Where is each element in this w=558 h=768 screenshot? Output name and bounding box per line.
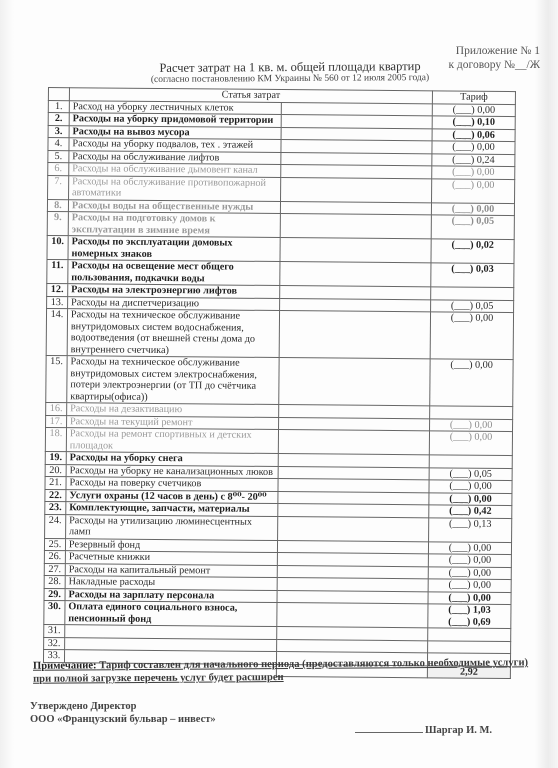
tariff-value-secondary: (___) 0,69	[431, 616, 507, 628]
row-cost-item: Расходы на обслуживание лифтов	[69, 150, 282, 164]
row-tariff: (___) 0,42	[429, 505, 512, 518]
row-tariff: (___) 0,00	[430, 359, 513, 407]
row-number: 22.	[45, 489, 66, 502]
note-label: Примечание:	[33, 660, 97, 671]
row-number: 16.	[46, 402, 67, 415]
tariff-value: (___) 0,00	[435, 203, 511, 215]
tariff-value: (___) 0,00	[435, 166, 511, 178]
tariff-value	[434, 287, 510, 288]
row-number: 17.	[46, 415, 67, 428]
row-number: 1.	[48, 100, 69, 113]
row-cost-item: Расходы на уборку придомовой территории	[69, 113, 282, 127]
tariff-value: (___) 0,00	[434, 359, 510, 371]
tariff-value: (___) 0,02	[435, 239, 511, 251]
row-number: 3.	[48, 125, 69, 138]
row-tariff: (___) 0,03	[431, 263, 514, 288]
row-cost-item: Расходы на капитальный ремонт	[65, 563, 278, 577]
row-number: 31.	[44, 624, 65, 637]
tariff-value: (___) 0,00	[435, 179, 511, 191]
row-tariff: (___) 0,00	[432, 166, 515, 179]
row-tariff: (___) 0,00	[428, 579, 511, 592]
row-number: 2.	[48, 113, 69, 126]
signature-line	[355, 732, 423, 733]
row-tariff: (___) 0,00	[428, 554, 511, 567]
signature-block: Шаргар И. М.	[355, 725, 492, 736]
contract-reference: к договору №__/Ж	[448, 58, 540, 72]
row-number: 9.	[47, 211, 68, 235]
row-number: 4.	[48, 138, 69, 151]
tariff-value: (___) 0,00	[436, 104, 512, 116]
row-cost-item: Расходы на уборку не канализационных люк…	[66, 464, 279, 478]
tariff-value: (___) 0,00	[433, 431, 509, 443]
table-row: 7.Расходы на обслуживание противопожарно…	[48, 175, 515, 203]
row-empty-cell	[281, 177, 432, 202]
tariff-value: (___) 0,10	[436, 116, 512, 128]
table-row: 30.Оплата единого социального взноса, пе…	[44, 600, 511, 628]
row-tariff: (___) 0,00	[429, 431, 512, 456]
approval-block: Утверждено Директор ООО «Французский бул…	[30, 700, 216, 726]
header-tariff: Тариф	[432, 91, 515, 104]
row-cost-item: Резервный фонд	[65, 538, 278, 552]
tariff-value: (___) 0,42	[432, 505, 508, 517]
row-tariff: (___) 0,24	[432, 153, 515, 166]
row-empty-cell	[278, 516, 429, 541]
tariff-value	[431, 628, 507, 629]
row-empty-cell	[280, 311, 431, 359]
row-cost-item: Расходы на электроэнергию лифтов	[68, 284, 281, 298]
tariff-value: (___) 0,00	[433, 419, 509, 431]
row-tariff: (___) 0,00	[432, 178, 515, 203]
row-tariff: (___) 0,00	[432, 103, 515, 116]
row-cost-item: Расходы на дезактивацию	[67, 403, 280, 417]
row-number: 25.	[44, 538, 65, 551]
row-tariff: (___) 0,05	[431, 215, 514, 240]
row-cost-item: Расходы по эксплуатации домовых номерных…	[68, 236, 281, 262]
document-page: Приложение № 1 к договору №__/Ж Расчет з…	[0, 0, 558, 768]
row-cost-item: Расходы воды на общественные нужды	[68, 199, 281, 213]
row-cost-item: Расчетные книжки	[65, 551, 278, 565]
row-cost-item: Услуги охраны (12 часов в день) с 8⁰⁰- 2…	[66, 489, 279, 503]
row-tariff: (___) 0,05	[431, 299, 514, 312]
row-cost-item: Расходы на диспетчеризацию	[68, 296, 281, 310]
row-number: 6.	[48, 163, 69, 176]
tariff-value	[433, 406, 509, 407]
row-tariff	[431, 287, 514, 300]
row-number: 30.	[44, 600, 65, 624]
row-empty-cell	[281, 214, 432, 239]
row-cost-item: Расход на уборку лестничных клеток	[69, 100, 282, 114]
approved-by-title: Утверждено Директор	[30, 700, 216, 713]
row-number: 27.	[44, 563, 65, 576]
tariff-value: (___) 0,00	[432, 579, 508, 591]
row-cost-item: Оплата единого социального взноса, пенси…	[65, 601, 278, 627]
row-cost-item: Расходы на ремонт спортивных и детских п…	[66, 428, 279, 454]
document-subtitle: (согласно постановлению КМ Украины № 560…	[150, 73, 430, 85]
row-tariff: (___) 0,00	[429, 480, 512, 493]
table-row: 11.Расходы на освещение мест общего поль…	[47, 259, 514, 287]
tariff-value: (___) 0,00	[432, 554, 508, 566]
tariff-value: (___) 0,00	[436, 141, 512, 153]
tariff-value: (___) 0,00	[432, 567, 508, 579]
row-tariff: (___) 0,10	[432, 116, 515, 129]
row-cost-item: Расходы на текущий ремонт	[66, 415, 279, 429]
row-tariff: (___) 0,00	[429, 492, 512, 505]
row-tariff: (___) 0,13	[429, 517, 512, 542]
row-number: 23.	[45, 501, 66, 514]
row-tariff: (___) 0,05	[429, 467, 512, 480]
row-number: 8.	[47, 199, 68, 212]
row-number: 20.	[45, 464, 66, 477]
tariff-value: (___) 0,00	[432, 493, 508, 505]
company-name: ООО «Французский бульвар – инвест»	[30, 713, 216, 726]
header-num	[48, 88, 69, 101]
row-empty-cell	[280, 238, 431, 263]
row-cost-item: Расходы на техническое обслуживание внут…	[67, 356, 280, 405]
row-tariff: (___) 0,06	[432, 128, 515, 141]
note: Примечание: Тариф составлен для начально…	[33, 656, 538, 686]
tariff-value: (___) 0,05	[434, 300, 510, 312]
note-text: Тариф составлен для начального периода (…	[33, 657, 528, 684]
row-number: 24.	[45, 514, 66, 538]
tariff-value: (___) 0,05	[433, 468, 509, 480]
row-cost-item: Расходы на подготовку домов к эксплуатац…	[68, 212, 281, 238]
row-tariff: (___) 0,00	[430, 312, 513, 360]
row-tariff: (___) 0,00	[428, 591, 511, 604]
row-cost-item: Расходы на уборку подвалов, тех . этажей	[69, 138, 282, 152]
row-empty-cell	[280, 262, 431, 287]
table-row: 10.Расходы по эксплуатации домовых номер…	[47, 235, 514, 263]
row-cost-item: Комплектующие, запчасти, материалы	[66, 502, 279, 516]
row-empty-cell	[279, 358, 430, 406]
row-tariff: (___) 0,00	[429, 541, 512, 554]
tariff-value: (___) 0,24	[435, 154, 511, 166]
table-row: 14.Расходы на техническое обслуживание в…	[46, 308, 513, 359]
tariff-value: (___) 1,03	[432, 604, 508, 616]
tariff-value	[433, 455, 509, 456]
row-number: 29.	[44, 588, 65, 601]
tariff-value	[431, 653, 507, 654]
row-number: 26.	[44, 550, 65, 563]
row-cost-item: Расходы на зарплату персонала	[65, 588, 278, 602]
row-tariff	[429, 455, 512, 468]
row-empty-cell	[277, 603, 428, 628]
tariff-value: (___) 0,05	[435, 215, 511, 227]
row-tariff	[430, 406, 513, 419]
row-number: 13.	[47, 296, 68, 309]
tariff-value: (___) 0,00	[433, 480, 509, 492]
row-cost-item: Накладные расходы	[65, 576, 278, 590]
appendix-number: Приложение № 1	[448, 44, 540, 58]
row-number: 19.	[45, 451, 66, 464]
tariff-value: (___) 0,06	[436, 129, 512, 141]
appendix-reference: Приложение № 1 к договору №__/Ж	[448, 44, 540, 72]
table-row: 9.Расходы на подготовку домов к эксплуат…	[47, 211, 514, 239]
tariff-value: (___) 0,00	[434, 312, 510, 324]
tariff-value: (___) 0,13	[432, 518, 508, 530]
row-number: 11.	[47, 259, 68, 283]
row-tariff: (___) 0,00	[432, 141, 515, 154]
row-tariff	[428, 628, 511, 641]
row-cost-item: Расходы на техническое обслуживание внут…	[67, 309, 280, 358]
table-row: 15.Расходы на техническое обслуживание в…	[46, 355, 513, 406]
row-cost-item: Расходы на поверку счетчиков	[66, 477, 279, 491]
row-tariff: (___) 0,00	[432, 202, 515, 215]
row-cost-item: Расходы на вывоз мусора	[69, 125, 282, 139]
row-cost-item: Расходы на утилизацию люминесцентных лам…	[66, 514, 279, 540]
row-tariff: (___) 0,02	[431, 239, 514, 264]
row-number: 14.	[46, 308, 67, 355]
row-number: 15.	[46, 355, 67, 402]
row-number: 10.	[47, 235, 68, 259]
row-empty-cell	[279, 430, 430, 455]
row-cost-item: Расходы на освещение мест общего пользов…	[68, 260, 281, 286]
row-tariff: (___) 0,00	[428, 566, 511, 579]
row-cost-item: Расходы на обслуживание дымовент канал	[69, 163, 282, 177]
row-tariff: (___) 1,03(___) 0,69	[428, 604, 511, 629]
row-number: 21.	[45, 476, 66, 489]
tariff-value: (___) 0,00	[432, 542, 508, 554]
row-tariff	[428, 640, 511, 653]
row-number: 18.	[45, 427, 66, 451]
row-cost-item: Расходы на уборку снега	[66, 452, 279, 466]
row-tariff: (___) 0,00	[430, 418, 513, 431]
row-cost-item: Расходы на обслуживание противопожарной …	[68, 175, 281, 201]
row-number: 7.	[48, 175, 69, 199]
tariff-value	[431, 641, 507, 642]
row-number: 5.	[48, 150, 69, 163]
row-number: 32.	[44, 637, 65, 650]
tariff-value: (___) 0,03	[434, 263, 510, 275]
row-number: 12.	[47, 283, 68, 296]
cost-table: Статья затрат Тариф 1.Расход на уборку л…	[43, 87, 516, 679]
signatory-name: Шаргар И. М.	[425, 725, 492, 736]
tariff-value: (___) 0,00	[432, 592, 508, 604]
row-number: 28.	[44, 575, 65, 588]
